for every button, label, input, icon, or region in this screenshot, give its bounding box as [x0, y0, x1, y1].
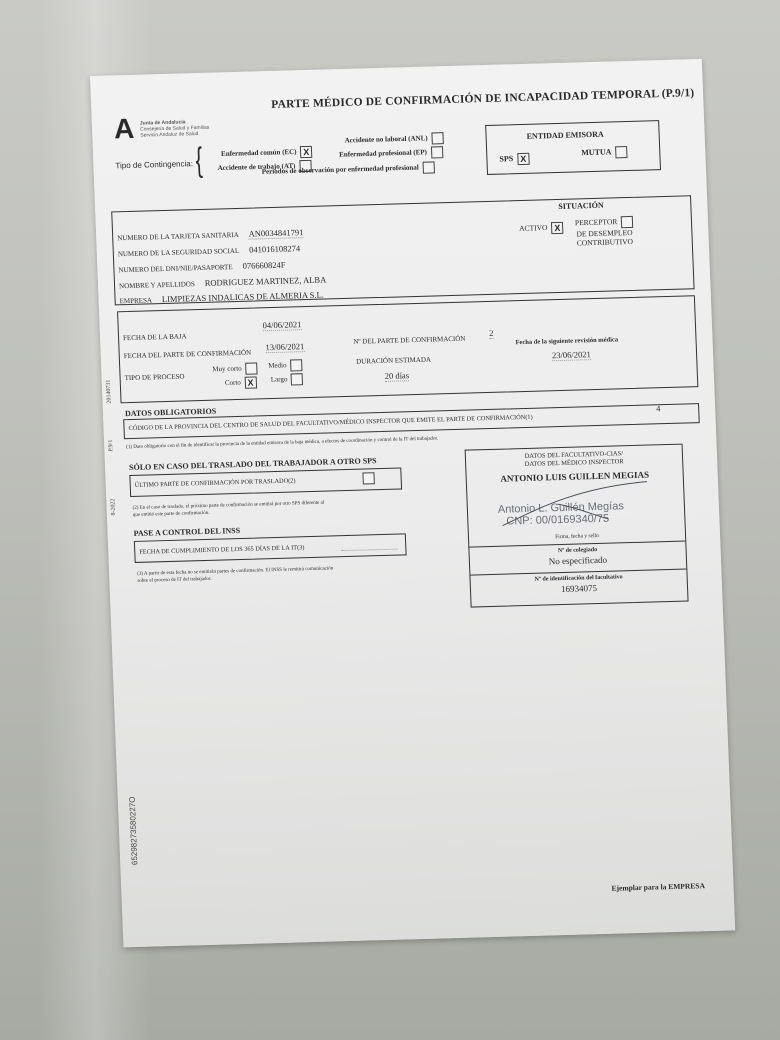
entidad-mutua: MUTUA [581, 146, 627, 159]
traslado-label: ÚLTIMO PARTE DE CONFIRMACIÓN POR TRASLAD… [135, 477, 296, 488]
brace-icon: { [195, 141, 203, 180]
logo-a-icon: A [114, 115, 135, 144]
revision-label: Fecha de la siguiente revisión médica [515, 336, 618, 346]
junta-andalucia-logo: A Junta de Andalucía Consejería de Salud… [114, 112, 225, 149]
muy-corto-option: Muy corto [212, 362, 258, 375]
largo-option: Largo [271, 373, 304, 386]
nota-3: (3) A partir de esta fecha no se emitirá… [137, 565, 334, 584]
margin-code-version: 8-2022 [110, 498, 117, 515]
traslado-box: ÚLTIMO PARTE DE CONFIRMACIÓN POR TRASLAD… [129, 467, 402, 497]
document-page: A Junta de Andalucía Consejería de Salud… [90, 59, 735, 947]
situacion-title: SITUACIÓN [558, 201, 604, 211]
fecha-parte-label: FECHA DEL PARTE DE CONFIRMACIÓN [124, 349, 252, 361]
inss-box: FECHA DE CUMPLIMIENTO DE LOS 365 DÍAS DE… [134, 533, 407, 563]
margin-code-date: 20140731 [106, 380, 113, 404]
checkbox-muy-corto[interactable] [245, 362, 257, 374]
codigo-provincia-label: CÓDIGO DE LA PROVINCIA DEL CENTRO DE SAL… [128, 414, 532, 432]
revision-value: 23/06/2021 [552, 349, 591, 361]
inss-fecha-value [341, 541, 397, 552]
fecha-parte-value: 13/06/2021 [265, 341, 304, 353]
nota-2: (2) En el caso de traslado, el próximo p… [132, 500, 324, 519]
inss-title: PASE A CONTROL DEL INSS [133, 526, 240, 538]
contingencia-anl: Accidente no laboral (ANL) [344, 132, 443, 147]
dni-value: 076660824F [242, 260, 285, 271]
proceso-box: FECHA DE LA BAJA 04/06/2021 FECHA DEL PA… [117, 295, 698, 403]
inss-fecha-label: FECHA DE CUMPLIMIENTO DE LOS 365 DÍAS DE… [139, 544, 304, 556]
fecha-baja-value: 04/06/2021 [262, 319, 301, 331]
checkbox-traslado[interactable] [362, 472, 374, 484]
activo-option: ACTIVO X [519, 222, 564, 235]
num-parte-value: 2 [489, 328, 494, 339]
codigo-provincia-value: 4 [656, 403, 661, 413]
fecha-baja-label: FECHA DE LA BAJA [123, 332, 187, 342]
checkbox-ec[interactable]: X [300, 146, 312, 158]
empresa-value: LIMPIEZAS INDALICAS DE ALMERIA S.L. [162, 290, 324, 305]
corto-option: Corto X [225, 376, 257, 389]
checkbox-perceptor[interactable] [621, 216, 633, 228]
medio-option: Medio [268, 359, 302, 372]
num-parte-label: Nº DEL PARTE DE CONFIRMACIÓN [353, 335, 465, 346]
facultativo-box: DATOS DEL FACULTATIVO-CIAS/ DATOS DEL MÉ… [465, 444, 689, 608]
signature-icon [497, 475, 659, 529]
nota-1: (1) Dato obligatorio con el fin de ident… [126, 436, 438, 450]
contingencia-label: Tipo de Contingencia: [115, 159, 193, 170]
checkbox-sps[interactable]: X [517, 153, 529, 165]
trabajador-box: NUMERO DE LA TARJETA SANITARIA AN0034841… [111, 195, 694, 305]
duracion-value: 20 días [385, 370, 410, 382]
checkbox-corto[interactable]: X [244, 376, 256, 388]
contingencia-ep: Enfermedad profesional (EP) [339, 146, 443, 161]
form-title: PARTE MÉDICO DE CONFIRMACIÓN DE INCAPACI… [271, 87, 695, 111]
ejemplar-label: Ejemplar para la EMPRESA [611, 881, 705, 893]
checkbox-anl[interactable] [431, 132, 443, 144]
margin-code-form: P.9/1 [108, 440, 114, 452]
facultativo-header: DATOS DEL FACULTATIVO-CIAS/ DATOS DEL MÉ… [466, 449, 683, 471]
checkbox-largo[interactable] [291, 373, 303, 385]
checkbox-activo[interactable]: X [551, 222, 563, 234]
logo-sub2: Servicio Andaluz de Salud [140, 131, 198, 139]
duracion-label: DURACIÓN ESTIMADA [356, 356, 431, 366]
tipo-proceso-label: TIPO DE PROCESO [124, 372, 184, 382]
entidad-title: ENTIDAD EMISORA [526, 130, 603, 141]
contingencia-ec: Enfermedad común (EC) X [221, 146, 313, 161]
checkbox-observacion[interactable] [422, 161, 434, 173]
ss-value: 041016108274 [249, 243, 300, 254]
checkbox-medio[interactable] [290, 359, 302, 371]
entidad-sps: SPS X [499, 153, 529, 166]
perceptor-option: PERCEPTOR DE DESEMPLEO CONTRIBUTIVO [575, 216, 634, 248]
barcode-number: 65298273580227O [128, 796, 140, 865]
checkbox-mutua[interactable] [615, 146, 627, 158]
checkbox-ep[interactable] [430, 146, 442, 158]
entidad-emisora-box: ENTIDAD EMISORA SPS X MUTUA [485, 120, 661, 175]
